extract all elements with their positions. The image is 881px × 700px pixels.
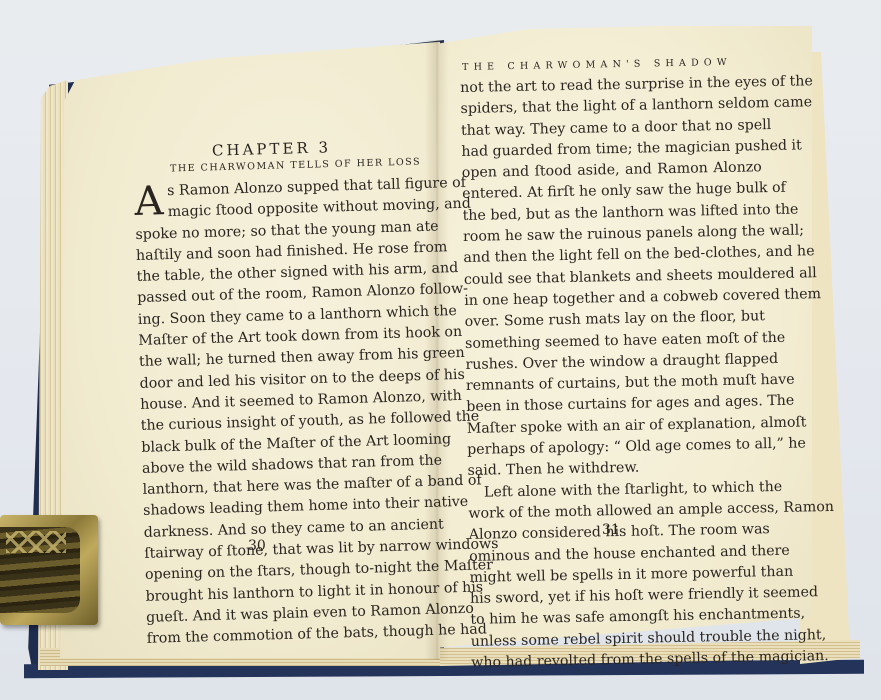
page-number-left: 30 bbox=[248, 538, 266, 554]
brass-book-clip bbox=[0, 515, 98, 625]
page-number-right: 31 bbox=[602, 522, 620, 538]
photo-scene: CHAPTER 3 THE CHARWOMAN TELLS OF HER LOS… bbox=[0, 0, 881, 700]
drop-cap: A bbox=[134, 183, 164, 220]
chapter-title: CHAPTER 3 bbox=[212, 138, 332, 159]
left-page-body: A s Ramon Alonzo supped that tall figure… bbox=[134, 175, 407, 651]
clip-lattice-ornament bbox=[6, 531, 66, 553]
right-page-body: not the art to read the surprise in the … bbox=[460, 72, 771, 674]
